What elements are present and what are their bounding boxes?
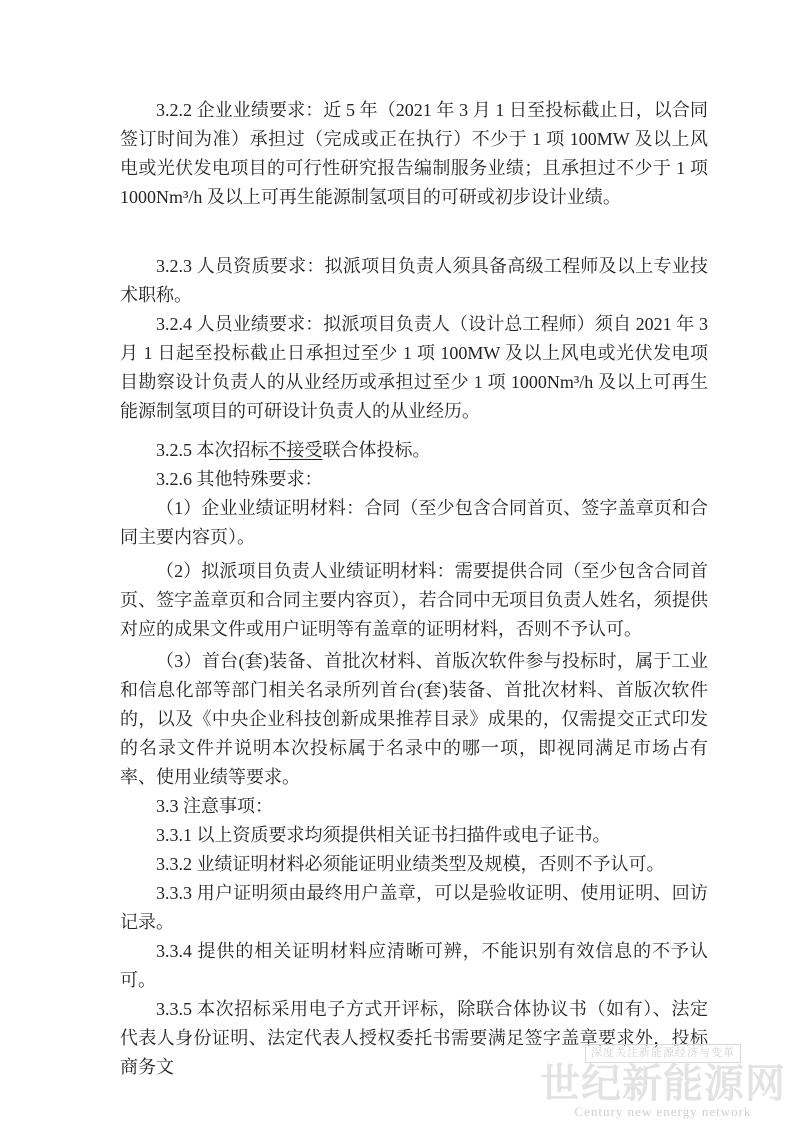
- special-item-3: （3）首台(套)装备、首批次材料、首版次软件参与投标时，属于工业和信息化部等部门…: [120, 647, 708, 792]
- clause-3-2-3: 3.2.3 人员资质要求：拟派项目负责人须具备高级工程师及以上专业技术职称。: [120, 252, 708, 310]
- clause-3-2-2: 3.2.2 企业业绩要求：近 5 年（2021 年 3 月 1 日至投标截止日，…: [120, 96, 708, 212]
- clause-3-3-4: 3.3.4 提供的相关证明材料应清晰可辨，不能识别有效信息的不予认可。: [120, 937, 708, 995]
- special-item-2: （2）拟派项目负责人业绩证明材料：需要提供合同（至少包含合同首页、签字盖章页和合…: [120, 557, 708, 644]
- clause-3-3-2: 3.3.2 业绩证明材料必须能证明业绩类型及规模，否则不予认可。: [120, 850, 708, 879]
- clause-3-3-1: 3.3.1 以上资质要求均须提供相关证书扫描件或电子证书。: [120, 821, 708, 850]
- clause-3-2-5-underlined: 不接受: [269, 440, 323, 460]
- clause-3-2-5: 3.2.5 本次招标不接受联合体投标。: [120, 436, 708, 465]
- watermark-title: 世纪新能源网: [534, 1061, 792, 1107]
- clause-3-3: 3.3 注意事项：: [120, 792, 708, 821]
- special-item-1: （1）企业业绩证明材料：合同（至少包含合同首页、签字盖章页和合同主要内容页）。: [120, 494, 708, 552]
- clause-3-3-3: 3.3.3 用户证明须由最终用户盖章，可以是验收证明、使用证明、回访记录。: [120, 879, 708, 937]
- site-watermark: 深度关注新能源经济与变革 世纪新能源网 Century new energy n…: [534, 1043, 792, 1119]
- clause-3-2-5-pre: 3.2.5 本次招标: [156, 440, 269, 460]
- clause-3-2-4: 3.2.4 人员业绩要求：拟派项目负责人（设计总工程师）须自 2021 年 3 …: [120, 310, 708, 426]
- clause-3-2-5-post: 联合体投标。: [323, 440, 431, 460]
- document-body: 3.2.2 企业业绩要求：近 5 年（2021 年 3 月 1 日至投标截止日，…: [120, 96, 708, 1082]
- document-page: 3.2.2 企业业绩要求：近 5 年（2021 年 3 月 1 日至投标截止日，…: [0, 0, 794, 1123]
- clause-3-2-6: 3.2.6 其他特殊要求：: [120, 465, 708, 494]
